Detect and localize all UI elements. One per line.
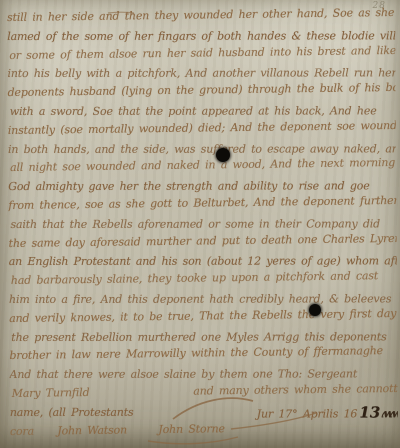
manuscript-page: 28 still in her side and then they wound… — [0, 0, 400, 448]
ink-hole — [216, 148, 230, 162]
ink-hole — [309, 304, 321, 316]
manuscript-line: and verily knowes, it to be true, That t… — [9, 305, 397, 329]
signature-john-watson: John Watson — [57, 423, 127, 437]
protestants-phrase: name, (all Protestants — [10, 404, 134, 423]
manuscript-line: brother in law nere Marrowilly within th… — [9, 342, 397, 366]
manuscript-text-block: still in her side and then they wounded … — [7, 6, 398, 441]
manuscript-line: all night soe wounded and naked in a woo… — [10, 154, 396, 178]
manuscript-line: from thence, soe as she gott to Belturbe… — [8, 192, 396, 216]
manuscript-line-names: Mary Turnfild and many others whom she c… — [12, 380, 398, 404]
manuscript-line: deponents husband (lying on the ground) … — [7, 79, 395, 103]
manuscript-line: instantly (soe mortally wounded) died; A… — [8, 117, 396, 141]
victim-name: Mary Turnfild — [12, 384, 90, 404]
many-others-phrase: and many others whom she cannott — [193, 380, 398, 401]
signature-john-storne: John Storne — [158, 422, 225, 436]
attestation-word: cora — [10, 424, 34, 437]
manuscript-line: had barbarously slaine, they tooke up up… — [11, 267, 397, 291]
manuscript-line: still in her side and then they wounded … — [7, 4, 395, 28]
